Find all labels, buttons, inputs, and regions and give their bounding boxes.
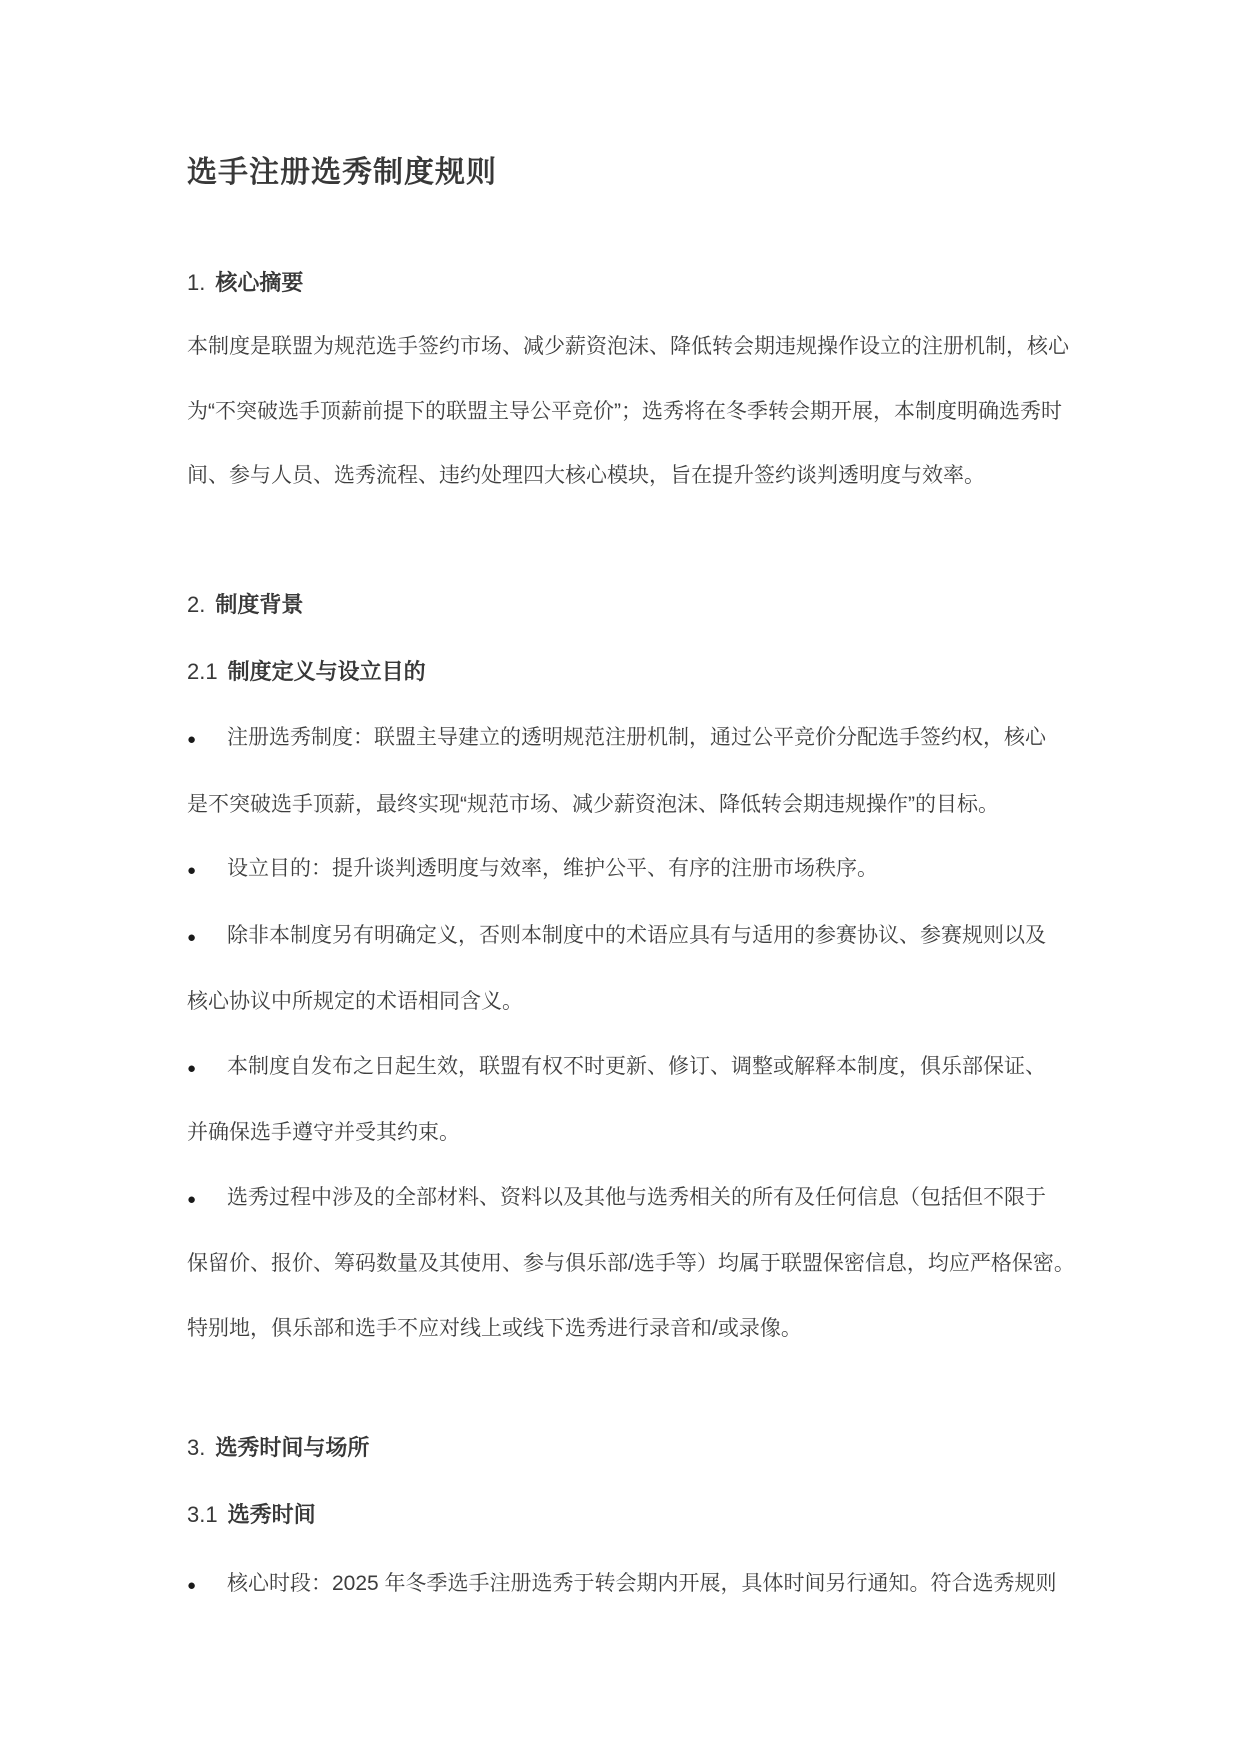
subsection-3-1-heading: 3.1选秀时间 [187, 1500, 1097, 1530]
paragraph-line: 本制度是联盟为规范选手签约市场、减少薪资泡沫、降低转会期违规操作设立的注册机制，… [187, 315, 1097, 380]
section-2-title: 制度背景 [215, 592, 303, 617]
list-item-text: 设立目的：提升谈判透明度与效率，维护公平、有序的注册市场秩序。 [227, 857, 878, 880]
bullet-icon: ● [187, 1037, 227, 1102]
section-2-bullet-list: ●注册选秀制度：联盟主导建立的透明规范注册机制，通过公平竞价分配选手签约权，核心… [187, 706, 1097, 1361]
paragraph-line: 为“不突破选手顶薪前提下的联盟主导公平竞价”；选秀将在冬季转会期开展，本制度明确… [187, 380, 1097, 445]
section-1-number: 1. [187, 270, 205, 295]
bullet-icon: ● [187, 708, 227, 773]
bullet-icon: ● [187, 1168, 227, 1233]
list-item-continuation: 特别地，俱乐部和选手不应对线上或线下选秀进行录音和/或录像。 [187, 1297, 1097, 1362]
section-2-heading: 2.制度背景 [187, 590, 1097, 620]
list-item: ●除非本制度另有明确定义，否则本制度中的术语应具有与适用的参赛协议、参赛规则以及 [187, 904, 1097, 971]
list-item: ●设立目的：提升谈判透明度与效率，维护公平、有序的注册市场秩序。 [187, 837, 1097, 904]
section-1-title: 核心摘要 [215, 270, 303, 295]
list-item: ●核心时段：2025 年冬季选手注册选秀于转会期内开展，具体时间另行通知。符合选… [187, 1552, 1097, 1619]
subsection-2-1-number: 2.1 [187, 659, 218, 684]
list-item-text: 选秀过程中涉及的全部材料、资料以及其他与选秀相关的所有及任何信息（包括但不限于 [227, 1186, 1046, 1209]
document-title: 选手注册选秀制度规则 [187, 153, 1097, 193]
list-item-text: 注册选秀制度：联盟主导建立的透明规范注册机制，通过公平竞价分配选手签约权，核心 [227, 726, 1046, 749]
section-3-heading: 3.选秀时间与场所 [187, 1433, 1097, 1463]
subsection-3-1-title: 选秀时间 [228, 1502, 316, 1527]
bullet-icon: ● [187, 839, 227, 904]
list-item: ●本制度自发布之日起生效，联盟有权不时更新、修订、调整或解释本制度，俱乐部保证、 [187, 1035, 1097, 1102]
section-3-bullet-list: ●核心时段：2025 年冬季选手注册选秀于转会期内开展，具体时间另行通知。符合选… [187, 1552, 1097, 1619]
list-item-text: 本制度自发布之日起生效，联盟有权不时更新、修订、调整或解释本制度，俱乐部保证、 [227, 1055, 1046, 1078]
document-page: 选手注册选秀制度规则 1.核心摘要 本制度是联盟为规范选手签约市场、减少薪资泡沫… [0, 0, 1241, 1754]
summary-paragraph: 本制度是联盟为规范选手签约市场、减少薪资泡沫、降低转会期违规操作设立的注册机制，… [187, 315, 1097, 509]
list-item-continuation: 核心协议中所规定的术语相同含义。 [187, 970, 1097, 1035]
list-item-continuation: 是不突破选手顶薪，最终实现“规范市场、减少薪资泡沫、降低转会期违规操作”的目标。 [187, 773, 1097, 838]
paragraph-line: 间、参与人员、选秀流程、违约处理四大核心模块，旨在提升签约谈判透明度与效率。 [187, 444, 1097, 509]
list-item: ●注册选秀制度：联盟主导建立的透明规范注册机制，通过公平竞价分配选手签约权，核心 [187, 706, 1097, 773]
section-3-title: 选秀时间与场所 [215, 1435, 369, 1460]
section-1-heading: 1.核心摘要 [187, 268, 1097, 298]
list-item: ●选秀过程中涉及的全部材料、资料以及其他与选秀相关的所有及任何信息（包括但不限于 [187, 1166, 1097, 1233]
list-item-continuation: 保留价、报价、筹码数量及其使用、参与俱乐部/选手等）均属于联盟保密信息，均应严格… [187, 1232, 1097, 1297]
list-item-text: 除非本制度另有明确定义，否则本制度中的术语应具有与适用的参赛协议、参赛规则以及 [227, 924, 1046, 947]
section-3-number: 3. [187, 1435, 205, 1460]
subsection-2-1-title: 制度定义与设立目的 [228, 659, 426, 684]
bullet-icon: ● [187, 1554, 227, 1619]
subsection-3-1-number: 3.1 [187, 1502, 218, 1527]
subsection-2-1-heading: 2.1制度定义与设立目的 [187, 657, 1097, 687]
section-2-number: 2. [187, 592, 205, 617]
bullet-icon: ● [187, 906, 227, 971]
list-item-text: 核心时段：2025 年冬季选手注册选秀于转会期内开展，具体时间另行通知。符合选秀… [227, 1572, 1057, 1595]
list-item-continuation: 并确保选手遵守并受其约束。 [187, 1101, 1097, 1166]
